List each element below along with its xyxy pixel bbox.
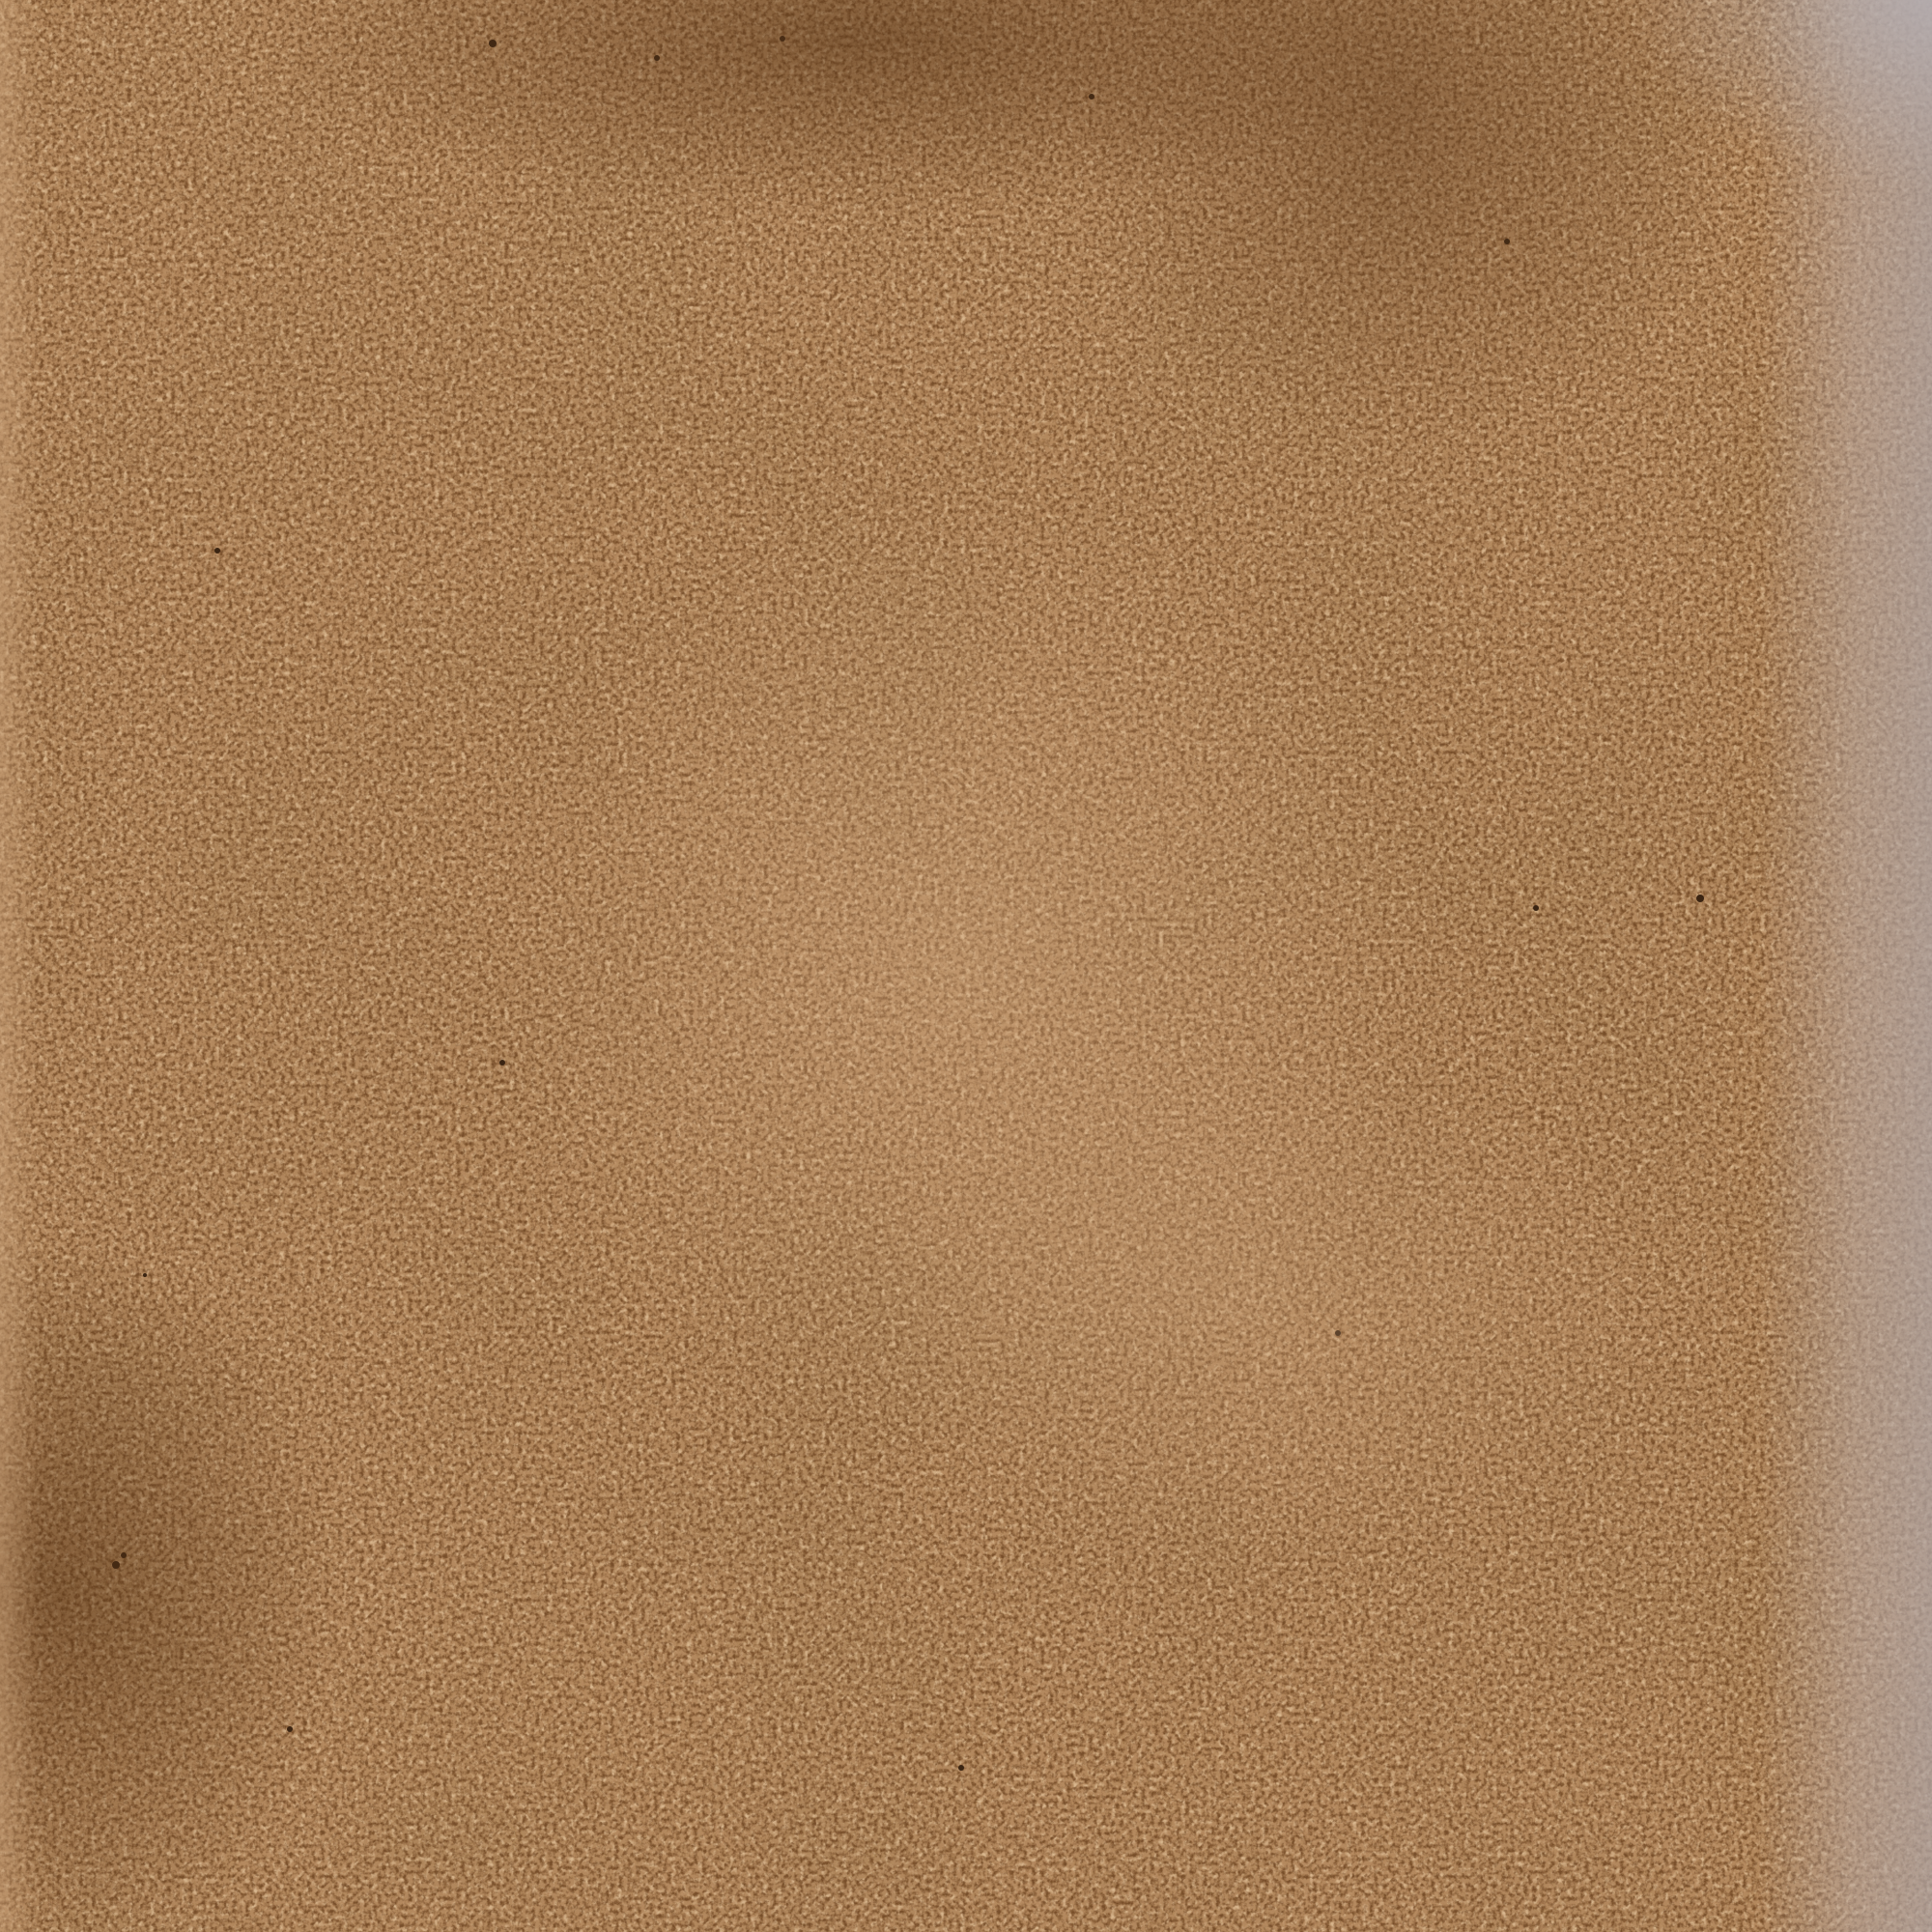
left-edge-highlight — [0, 0, 39, 1932]
tone-variation-overlay — [0, 0, 1932, 1932]
tile-texture — [0, 0, 1932, 1932]
top-right-glaze-highlight — [1526, 0, 1932, 251]
right-edge-glaze — [1758, 0, 1932, 1932]
